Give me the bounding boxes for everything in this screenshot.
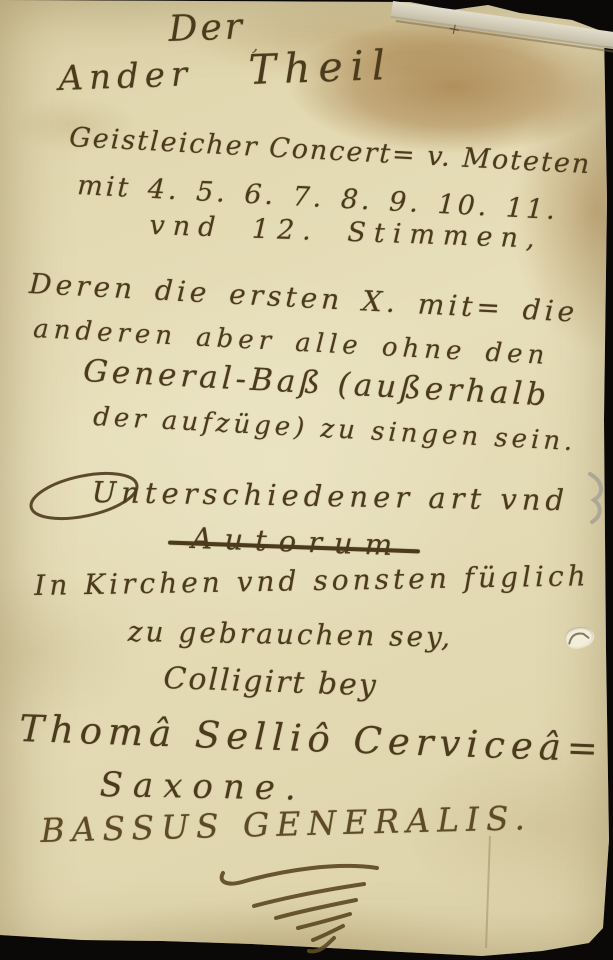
- manuscript-line: Saxone.: [99, 768, 306, 806]
- manuscript-line: Colligirt bey: [163, 664, 378, 701]
- manuscript-line: Unterschiedener art vnd: [91, 478, 569, 515]
- page-curl-mark: [586, 472, 608, 528]
- manuscript-line: Theil: [248, 45, 394, 91]
- photograph-background: + , Der Ander Theil Geistleicher Concert…: [0, 0, 613, 960]
- manuscript-line: Ander: [58, 57, 194, 96]
- manuscript-line: Der: [168, 9, 246, 48]
- manuscript-line: zu gebrauchen sey,: [128, 618, 454, 652]
- pen-flourish: [212, 860, 387, 958]
